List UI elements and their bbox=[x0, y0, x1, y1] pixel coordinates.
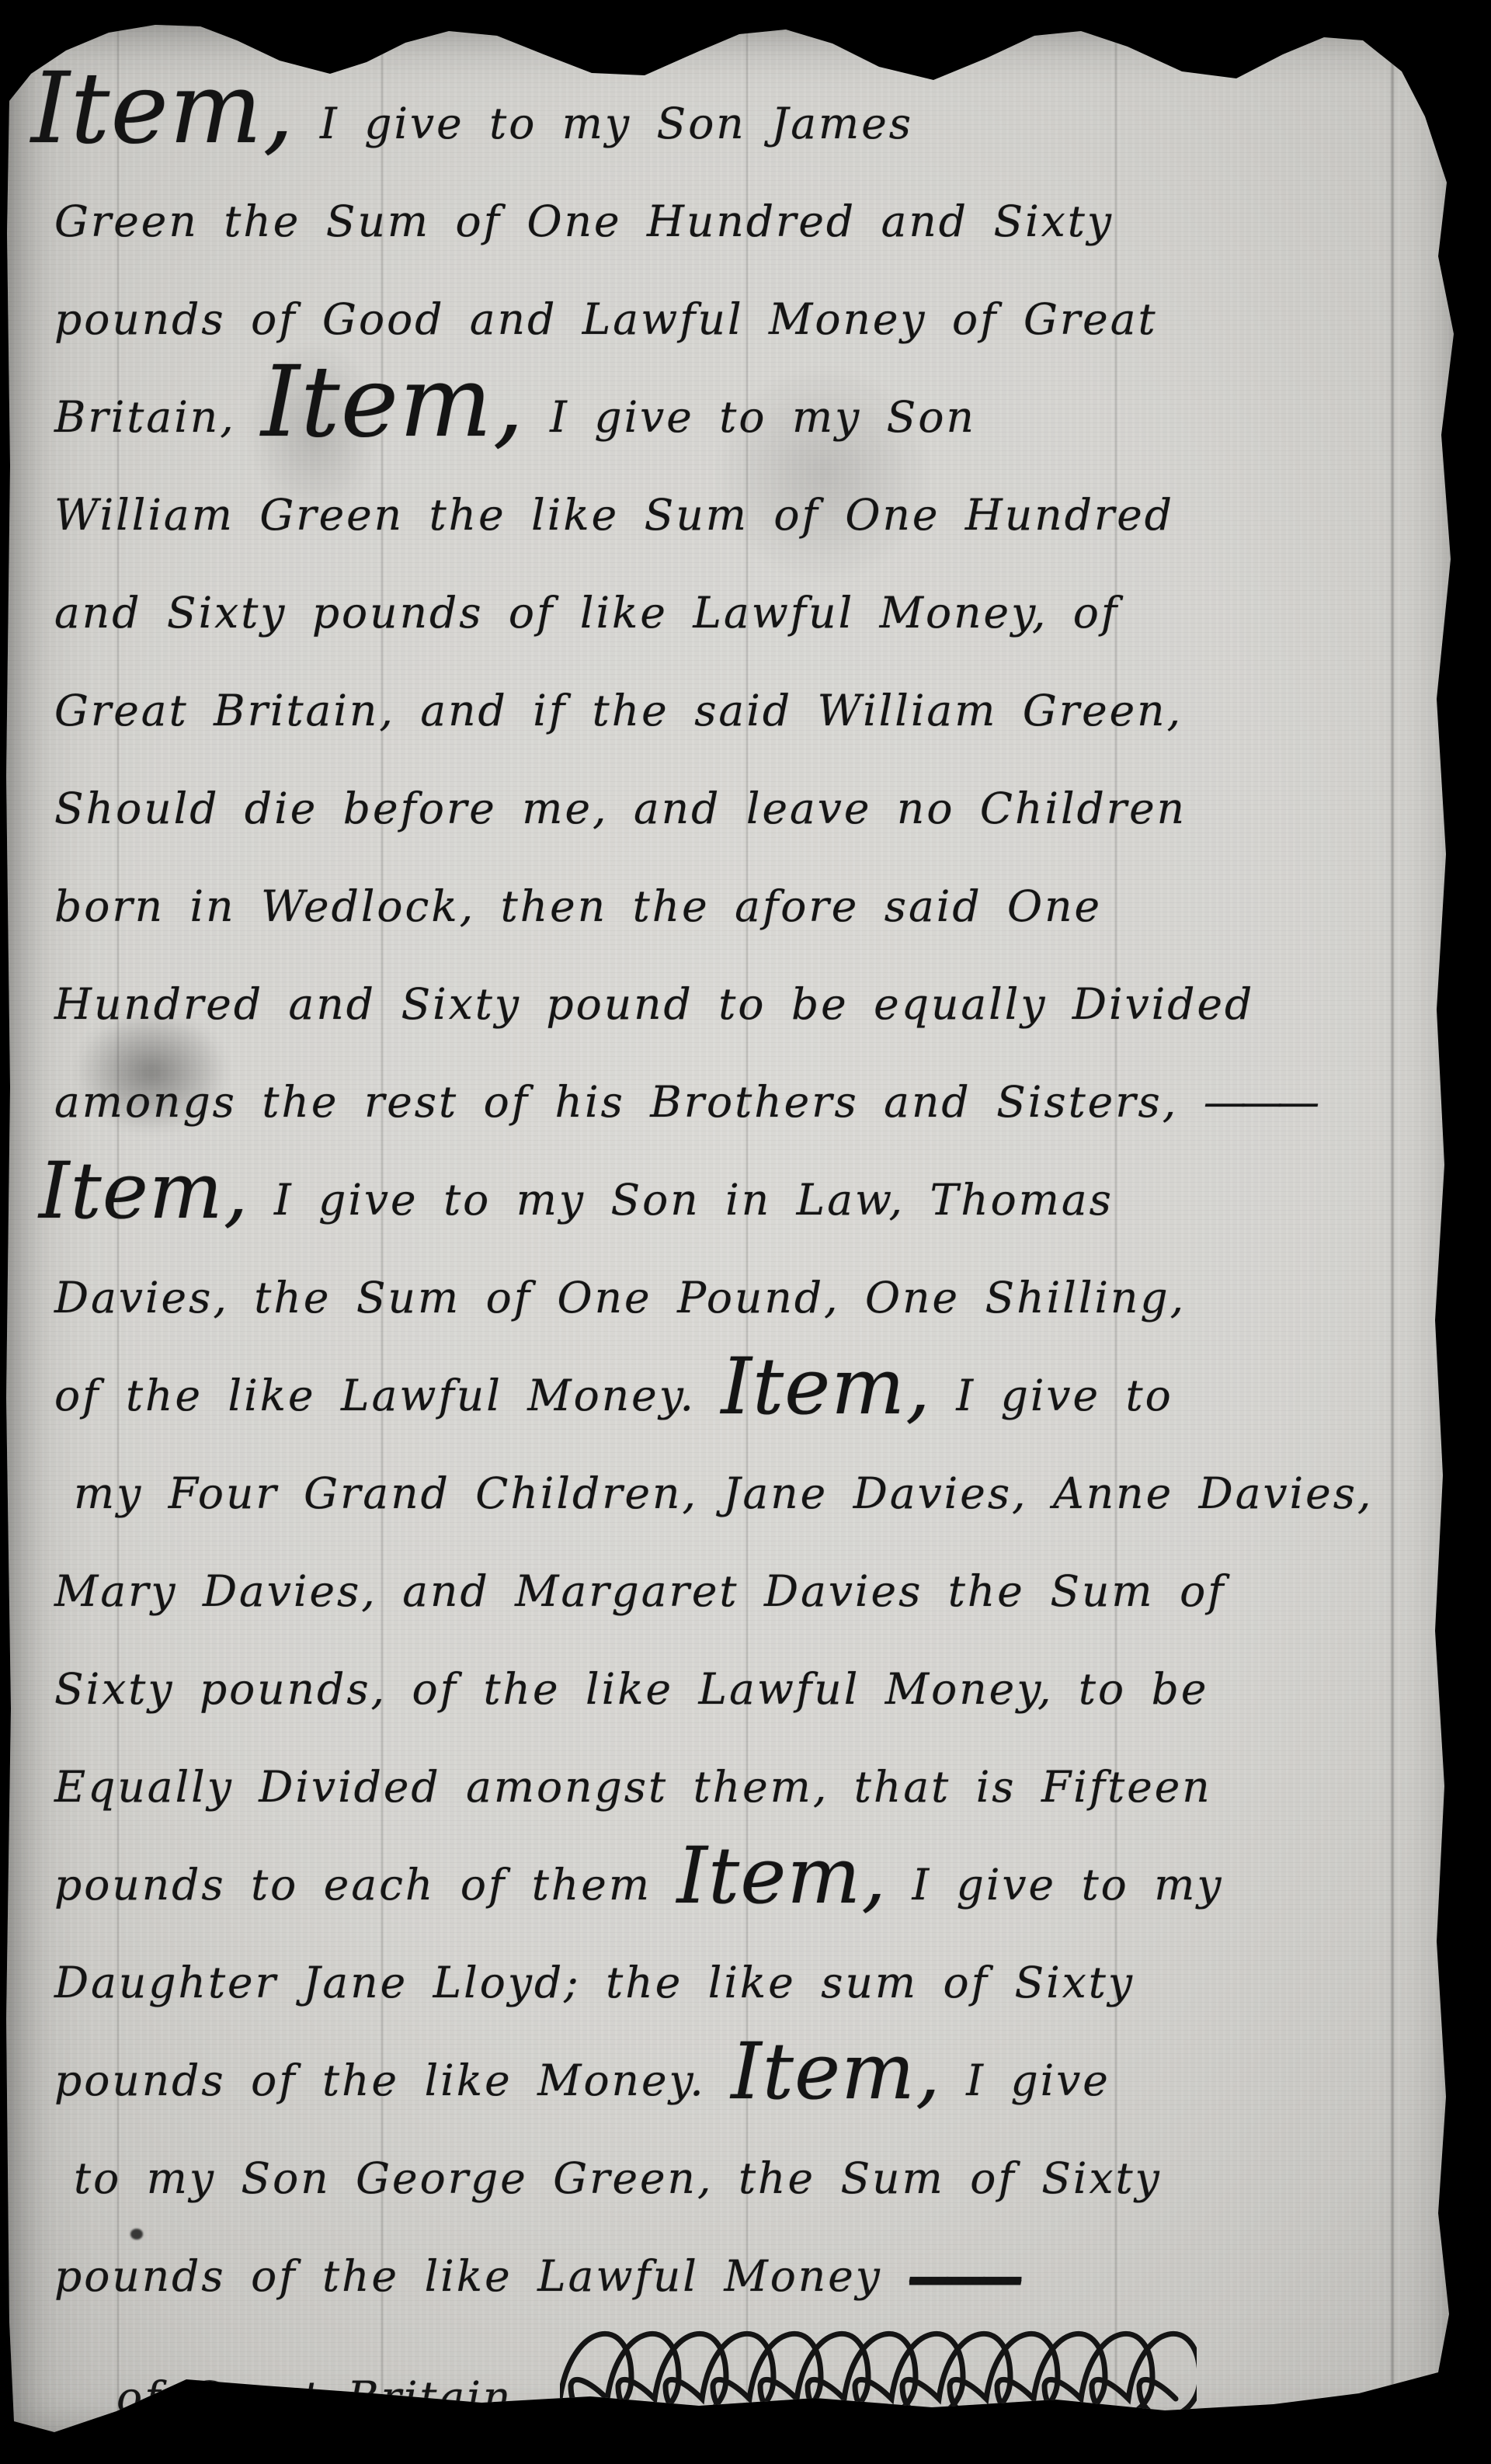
line-text: pounds of the like Lawful Money bbox=[54, 2251, 907, 2301]
item-keyword: Item, bbox=[261, 345, 525, 459]
line-text: Davies, the Sum of One Pound, One Shilli… bbox=[54, 1273, 1186, 1322]
flourish-dash: ——— bbox=[1204, 1077, 1314, 1127]
line-text: I give to my Son bbox=[525, 392, 976, 442]
manuscript-line: pounds to each of them Item, I give to m… bbox=[0, 1836, 1491, 1934]
line-text: Hundred and Sixty pound to be equally Di… bbox=[54, 979, 1254, 1029]
line-text: I give to my bbox=[887, 1860, 1224, 1910]
flourish-dash: ——— bbox=[907, 2250, 1017, 2301]
manuscript-line: Green the Sum of One Hundred and Sixty bbox=[0, 172, 1491, 270]
line-text: Green the Sum of One Hundred and Sixty bbox=[54, 196, 1114, 246]
line-text: I give bbox=[941, 2056, 1110, 2105]
manuscript-line: my Four Grand Children, Jane Davies, Ann… bbox=[0, 1444, 1491, 1542]
line-text: pounds to each of them bbox=[54, 1860, 677, 1910]
line-text: to my Son George Green, the Sum of Sixty bbox=[74, 2153, 1162, 2203]
line-text: of Great Britain bbox=[116, 2372, 513, 2422]
line-text: of the like Lawful Money. bbox=[54, 1371, 721, 1420]
flourish-scrolls bbox=[560, 2325, 1197, 2426]
manuscript-lines: Item, I give to my Son JamesGreen the Su… bbox=[0, 75, 1491, 2423]
manuscript-line: of the like Lawful Money. Item, I give t… bbox=[0, 1347, 1491, 1444]
item-keyword: Item, bbox=[677, 1830, 887, 1921]
manuscript-line: pounds of Good and Lawful Money of Great bbox=[0, 270, 1491, 368]
line-text: William Green the like Sum of One Hundre… bbox=[54, 490, 1174, 540]
manuscript-line: Item, I give to my Son in Law, Thomas bbox=[0, 1151, 1491, 1249]
manuscript-line: Britain, Item, I give to my Son bbox=[0, 368, 1491, 466]
item-keyword: Item, bbox=[721, 1341, 930, 1432]
line-text: Mary Davies, and Margaret Davies the Sum… bbox=[54, 1566, 1226, 1616]
line-text: Daughter Jane Lloyd; the like sum of Six… bbox=[54, 1958, 1135, 2007]
line-text: I give to my Son James bbox=[295, 99, 913, 148]
manuscript-line: Great Britain, and if the said William G… bbox=[0, 662, 1491, 759]
line-text: Should die before me, and leave no Child… bbox=[54, 784, 1187, 833]
manuscript-line: of Great Britain bbox=[0, 2325, 1491, 2423]
manuscript-line: Daughter Jane Lloyd; the like sum of Six… bbox=[0, 1934, 1491, 2031]
manuscript-line: Davies, the Sum of One Pound, One Shilli… bbox=[0, 1249, 1491, 1347]
manuscript-page: Item, I give to my Son JamesGreen the Su… bbox=[0, 0, 1491, 2464]
scanned-document: Item, I give to my Son JamesGreen the Su… bbox=[0, 0, 1491, 2464]
scan-background: { "document": { "kind": "handwritten man… bbox=[0, 0, 1491, 2464]
manuscript-line: pounds of the like Money. Item, I give bbox=[0, 2031, 1491, 2129]
line-text: born in Wedlock, then the afore said One bbox=[54, 881, 1102, 931]
item-keyword: Item, bbox=[31, 51, 295, 165]
line-text: Britain, bbox=[54, 392, 261, 442]
manuscript-line: Hundred and Sixty pound to be equally Di… bbox=[0, 955, 1491, 1053]
manuscript-line: Mary Davies, and Margaret Davies the Sum… bbox=[0, 1542, 1491, 1640]
line-text: my Four Grand Children, Jane Davies, Ann… bbox=[74, 1468, 1373, 1518]
manuscript-line: Item, I give to my Son James bbox=[0, 75, 1491, 172]
item-keyword: Item, bbox=[731, 2026, 940, 2117]
line-text: amongs the rest of his Brothers and Sist… bbox=[54, 1077, 1204, 1127]
manuscript-line: amongs the rest of his Brothers and Sist… bbox=[0, 1053, 1491, 1151]
line-text: I give to my Son in Law, Thomas bbox=[248, 1175, 1113, 1225]
manuscript-line: William Green the like Sum of One Hundre… bbox=[0, 466, 1491, 564]
line-text: pounds of the like Money. bbox=[54, 2056, 731, 2105]
line-text: Equally Divided amongst them, that is Fi… bbox=[54, 1762, 1212, 1812]
manuscript-line: Sixty pounds, of the like Lawful Money, … bbox=[0, 1640, 1491, 1738]
manuscript-line: born in Wedlock, then the afore said One bbox=[0, 857, 1491, 955]
manuscript-line: pounds of the like Lawful Money ——— bbox=[0, 2227, 1491, 2325]
manuscript-line: and Sixty pounds of like Lawful Money, o… bbox=[0, 564, 1491, 662]
item-keyword: Item, bbox=[39, 1145, 248, 1236]
manuscript-line: Equally Divided amongst them, that is Fi… bbox=[0, 1738, 1491, 1836]
manuscript-line: to my Son George Green, the Sum of Sixty bbox=[0, 2129, 1491, 2227]
manuscript-line: Should die before me, and leave no Child… bbox=[0, 759, 1491, 857]
line-text: and Sixty pounds of like Lawful Money, o… bbox=[54, 588, 1119, 638]
line-text: pounds of Good and Lawful Money of Great bbox=[54, 294, 1158, 344]
line-text: Sixty pounds, of the like Lawful Money, … bbox=[54, 1664, 1208, 1714]
line-text: Great Britain, and if the said William G… bbox=[54, 686, 1183, 735]
line-text: I give to bbox=[931, 1371, 1173, 1420]
